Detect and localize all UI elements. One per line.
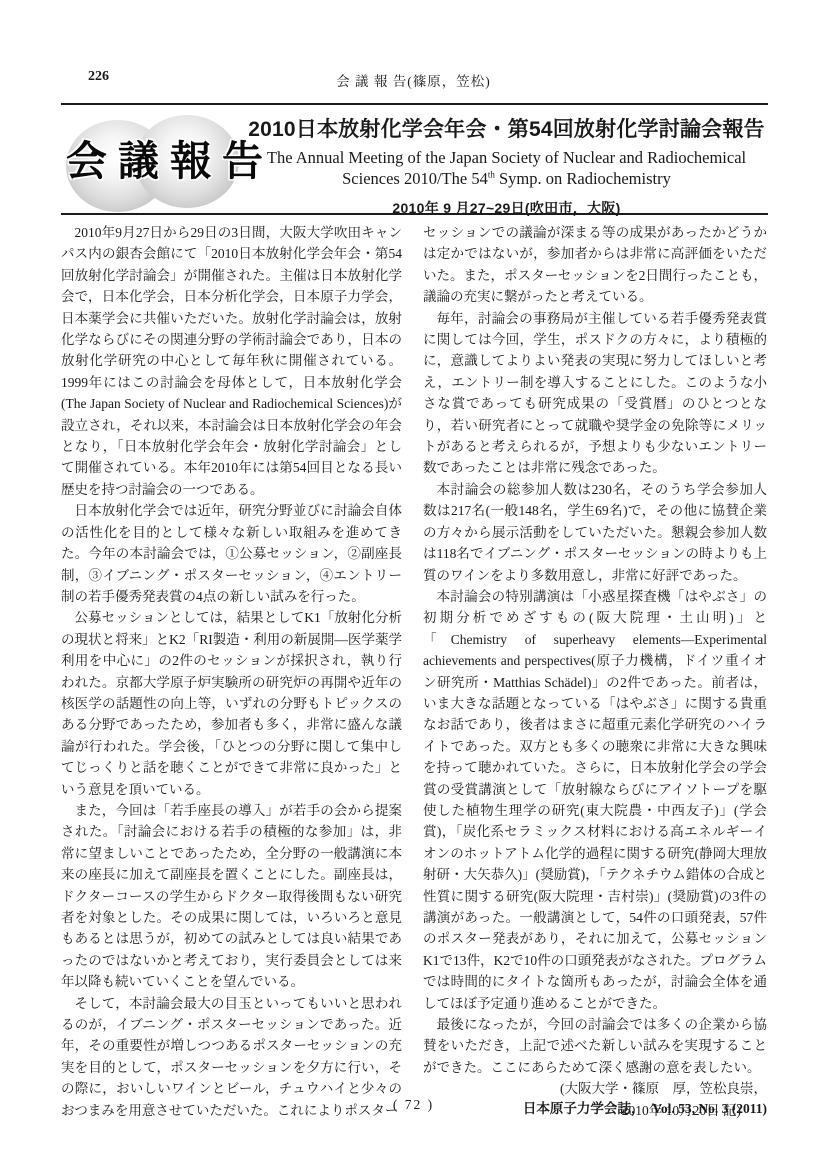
article-title-japanese: 2010日本放射化学会年会・第54回放射化学討論会報告 <box>246 118 767 142</box>
title-en-line1: The Annual Meeting of the Japan Society … <box>267 148 746 167</box>
right-column: セッションでの議論が深まる等の成果があったかどうかは定かではないが，参加者からは… <box>423 222 767 1121</box>
body-paragraph: 最後になったが，今回の討論会では多くの企業から協賛をいただき，上記で述べた新しい… <box>423 1014 767 1078</box>
document-page: 226 会 議 報 告(篠原，笠松) 会議報告 2010日本放射化学会年会・第5… <box>0 0 827 1170</box>
journal-volume: Vol. 53, No. 3 (2011) <box>652 1101 767 1116</box>
body-paragraph: 本討論会の特別講演は「小惑星探査機「はやぶさ」の初期分析でめざすもの(阪大院理・… <box>423 586 767 1014</box>
running-head: 会 議 報 告(篠原，笠松) <box>0 70 827 90</box>
logo-text: 会議報告 <box>66 141 240 182</box>
body-paragraph: 毎年，討論会の事務局が主催している若手優秀発表賞に関しては今回，学生，ポスドクの… <box>423 308 767 479</box>
title-en-line2-pre: Sciences 2010/The 54 <box>342 169 488 188</box>
article-title-english: The Annual Meeting of the Japan Society … <box>246 147 767 189</box>
body-paragraph: また，今回は「若手座長の導入」が若手の会から提案された。「討論会における若手の積… <box>61 800 402 993</box>
journal-name: 日本原子力学会誌， <box>523 1101 645 1116</box>
body-paragraph: 公募セッションとしては，結果としてK1「放射化分析の現状と将来」とK2「RI製造… <box>61 607 402 800</box>
title-en-line2-post: Symp. on Radiochemistry <box>495 169 671 188</box>
body-paragraph: 2010年9月27日から29日の3日間，大阪大学吹田キャンパス内の銀杏会館にて「… <box>61 222 402 500</box>
left-column: 2010年9月27日から29日の3日間，大阪大学吹田キャンパス内の銀杏会館にて「… <box>61 222 402 1121</box>
title-block: 2010日本放射化学会年会・第54回放射化学討論会報告 The Annual M… <box>246 118 767 218</box>
footer-journal-citation: 日本原子力学会誌，Vol. 53, No. 3 (2011) <box>523 1097 767 1117</box>
conference-report-logo: 会議報告 <box>66 115 240 212</box>
meeting-date-location: 2010年 9 月27~29日(吹田市，大阪) <box>246 198 767 218</box>
article-body: 2010年9月27日から29日の3日間，大阪大学吹田キャンパス内の銀杏会館にて「… <box>61 222 767 1121</box>
header-rule <box>61 103 768 105</box>
title-rule <box>61 213 768 215</box>
body-paragraph: 日本放射化学会では近年，研究分野並びに討論会自体の活性化を目的として様々な新しい… <box>61 500 402 607</box>
title-en-ordinal-suffix: th <box>488 170 495 180</box>
body-paragraph: 本討論会の総参加人数は230名，そのうち学会参加人数は217名(一般148名，学… <box>423 479 767 586</box>
body-paragraph: セッションでの議論が深まる等の成果があったかどうかは定かではないが，参加者からは… <box>423 222 767 308</box>
